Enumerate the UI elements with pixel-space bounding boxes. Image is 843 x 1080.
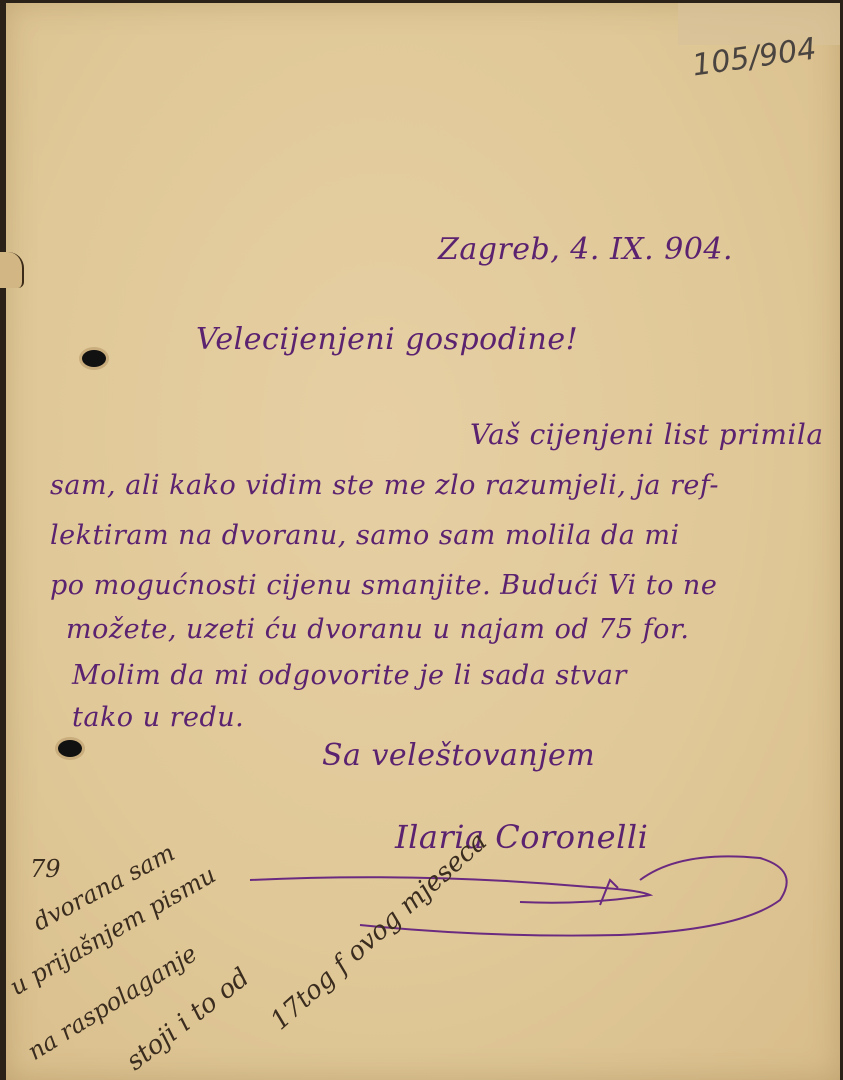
pencil-note-number: 79 [30,855,61,883]
